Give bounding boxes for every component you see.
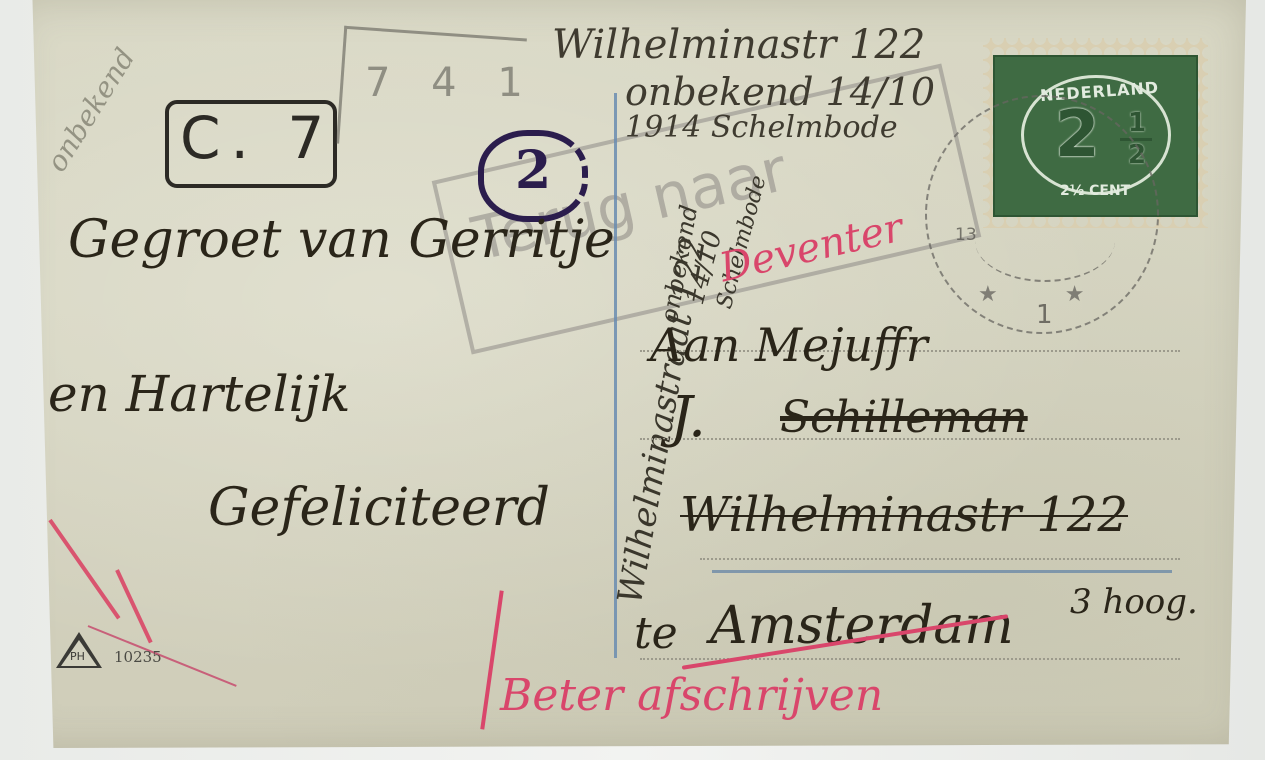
annotation-line-1: Wilhelminastr 122 [552,22,925,68]
address-line-rule-3 [700,558,1180,560]
postmark-date: 13 [955,225,977,245]
message-line-2: en Hartelijk [48,365,350,423]
message-line-3: Gefeliciteerd [208,478,550,538]
address-initial: J. [670,385,706,450]
address-blue-rule [712,570,1172,573]
faint-number-stamp: 7 4 1 [365,60,537,106]
red-bottom-note: Beter afschrijven [500,670,883,721]
publisher-serial: 10235 [114,648,162,666]
violet-stamp-number: 2 [515,140,551,201]
postmark-inner-arc [975,200,1115,282]
annotation-line-2: onbekend 14/10 [625,70,935,114]
address-line-1: Aan Mejuffr [650,318,928,372]
publisher-logo-text: PH [70,650,85,663]
stamp-fraction-num: 1 [1128,108,1146,138]
address-city-prefix: te [634,608,678,659]
message-line-1: Gegroet van Gerritje [68,210,615,270]
floor-note: 3 hoog. [1070,582,1198,622]
annotation-line-3: 1914 Schelmbode [625,110,898,145]
c7-stamp-text: C. 7 [180,104,334,172]
address-street-crossed: Wilhelminastr 122 [680,487,1128,543]
postmark-number: 1 [1036,300,1053,330]
address-city-crossed: Amsterdam [710,596,1014,656]
address-name-crossed: Schilleman [780,392,1028,443]
